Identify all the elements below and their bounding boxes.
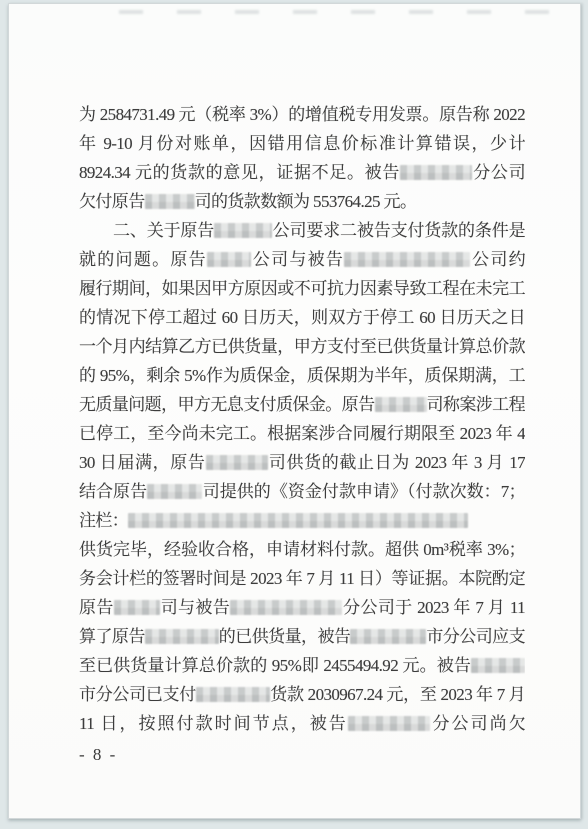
- text-line: 一个月内结算乙方已供货量，甲方支付至已供货量计算总价款: [79, 332, 525, 361]
- text-segment: 算了原告: [79, 627, 145, 646]
- document-body: 为 2584731.49 元（税率 3%）的增值税专用发票。原告称 2022年 …: [79, 100, 525, 738]
- text-line: 无质量问题，甲方无息支付质保金。原告司称案涉工程: [79, 390, 525, 419]
- text-segment: 已停工，至今尚未完工。根据案涉合同履行期限至 2023 年 4 月: [79, 424, 525, 448]
- redaction-block: [145, 194, 195, 209]
- text-segment: 司与被告: [160, 598, 230, 617]
- text-segment: 务会计栏的签署时间是 2023 年 7 月 11 日）等证据。本院酌定: [79, 569, 525, 588]
- text-segment: 司的货款数额为 553764.25 元。: [195, 192, 417, 211]
- text-line: 算了原告的已供货量，被告市分公司应支付: [79, 622, 525, 651]
- redaction-block: [230, 600, 342, 615]
- text-line: 11 日，按照付款时间节点，被告分公司尚欠: [79, 709, 525, 738]
- text-segment: 无质量问题，甲方无息支付质保金。原告: [79, 395, 375, 414]
- text-line: 务会计栏的签署时间是 2023 年 7 月 11 日）等证据。本院酌定: [79, 564, 525, 593]
- redaction-block: [206, 455, 268, 470]
- text-segment: 履行期间，如果因甲方原因或不可抗力因素导致工程在未完工: [79, 279, 525, 298]
- text-line: 结合原告司提供的《资金付款申请》（付款次数：7；备: [79, 477, 525, 506]
- redaction-block: [114, 600, 160, 615]
- text-segment: 原告: [79, 598, 114, 617]
- document-page: 为 2584731.49 元（税率 3%）的增值税专用发票。原告称 2022年 …: [8, 3, 581, 819]
- redaction-block: [145, 629, 219, 644]
- text-line: 就的问题。原告公司与被告公司约定，协议: [79, 245, 525, 274]
- text-segment: 货款 2030967.24 元，至 2023 年 7 月: [270, 685, 525, 704]
- text-line: 年 9-10 月份对账单，因错用信息价标准计算错误，少计: [79, 129, 525, 158]
- text-line: 市分公司已支付货款 2030967.24 元，至 2023 年 7 月: [79, 680, 525, 709]
- text-segment: 11 日，按照付款时间节点，被告: [79, 714, 348, 733]
- text-segment: 注栏：: [79, 511, 128, 530]
- text-line: 欠付原告司的货款数额为 553764.25 元。: [79, 187, 525, 216]
- screenshot-root: { "page": { "page_number": "- 8 -" }, "c…: [0, 0, 588, 829]
- scan-artifact: [119, 10, 549, 14]
- redaction-block: [375, 397, 427, 412]
- redaction-block: [350, 629, 426, 644]
- text-segment: 分公司: [472, 163, 525, 182]
- redaction-block: [344, 252, 470, 267]
- text-segment: 结合原告: [79, 482, 147, 501]
- redaction-block: [128, 513, 468, 528]
- text-segment: 年 9-10 月份对账单，因错用信息价标准计算错误，少计: [79, 134, 525, 153]
- redaction-block: [196, 687, 270, 702]
- text-line: 30 日届满，原告司供货的截止日为 2023 年 3 月 17 日。: [79, 448, 525, 477]
- text-segment: 分公司尚欠: [430, 714, 525, 733]
- text-segment: 公司与被告: [251, 250, 344, 269]
- text-line: 的情况下停工超过 60 日历天，则双方于停工 60 日历天之日起，: [79, 303, 525, 332]
- page-number: - 8 -: [79, 745, 117, 765]
- text-segment: 一个月内结算乙方已供货量，甲方支付至已供货量计算总价款: [79, 337, 525, 356]
- redaction-block: [207, 252, 251, 267]
- redaction-block: [348, 716, 430, 731]
- text-line: 二、关于原告公司要求二被告支付货款的条件是否成: [79, 216, 525, 245]
- text-line: 8924.34 元的货款的意见，证据不足。被告分公司: [79, 158, 525, 187]
- text-segment: 司称案涉工程: [427, 395, 526, 414]
- text-segment: 就的问题。原告: [79, 250, 207, 269]
- text-segment: 30 日届满，原告: [79, 453, 206, 472]
- redaction-block: [147, 484, 202, 499]
- redaction-block: [400, 165, 472, 180]
- text-segment: 二、关于原告: [113, 221, 214, 240]
- text-line: 履行期间，如果因甲方原因或不可抗力因素导致工程在未完工: [79, 274, 525, 303]
- text-line: 原告司与被告分公司于 2023 年 7 月 11 日结: [79, 593, 525, 622]
- redaction-block: [471, 658, 525, 673]
- text-segment: 8924.34 元的货款的意见，证据不足。被告: [79, 163, 400, 182]
- text-segment: 的已供货量，被告: [219, 627, 351, 646]
- text-line: 的 95%，剩余 5%作为质保金，质保期为半年，质保期满，工程: [79, 361, 525, 390]
- text-line: 注栏：: [79, 506, 525, 535]
- text-line: 已停工，至今尚未完工。根据案涉合同履行期限至 2023 年 4 月: [79, 419, 525, 448]
- text-segment: 的 95%，剩余 5%作为质保金，质保期为半年，质保期满，工程: [79, 366, 525, 390]
- text-line: 至已供货量计算总价款的 95%即 2455494.92 元。被告: [79, 651, 525, 680]
- text-line: 供货完毕，经验收合格，申请材料付款。超供 0m³税率 3%；财: [79, 535, 525, 564]
- text-segment: 为 2584731.49 元（税率 3%）的增值税专用发票。原告称 2022: [79, 105, 525, 124]
- text-segment: 的情况下停工超过 60 日历天，则双方于停工 60 日历天之日起，: [79, 308, 525, 332]
- text-line: 为 2584731.49 元（税率 3%）的增值税专用发票。原告称 2022: [79, 100, 525, 129]
- text-segment: 至已供货量计算总价款的 95%即 2455494.92 元。被告: [79, 656, 471, 675]
- text-segment: 供货完毕，经验收合格，申请材料付款。超供 0m³税率 3%；财: [79, 540, 525, 564]
- text-segment: 欠付原告: [79, 192, 145, 211]
- redaction-block: [214, 223, 272, 238]
- text-segment: 市分公司已支付: [79, 685, 196, 704]
